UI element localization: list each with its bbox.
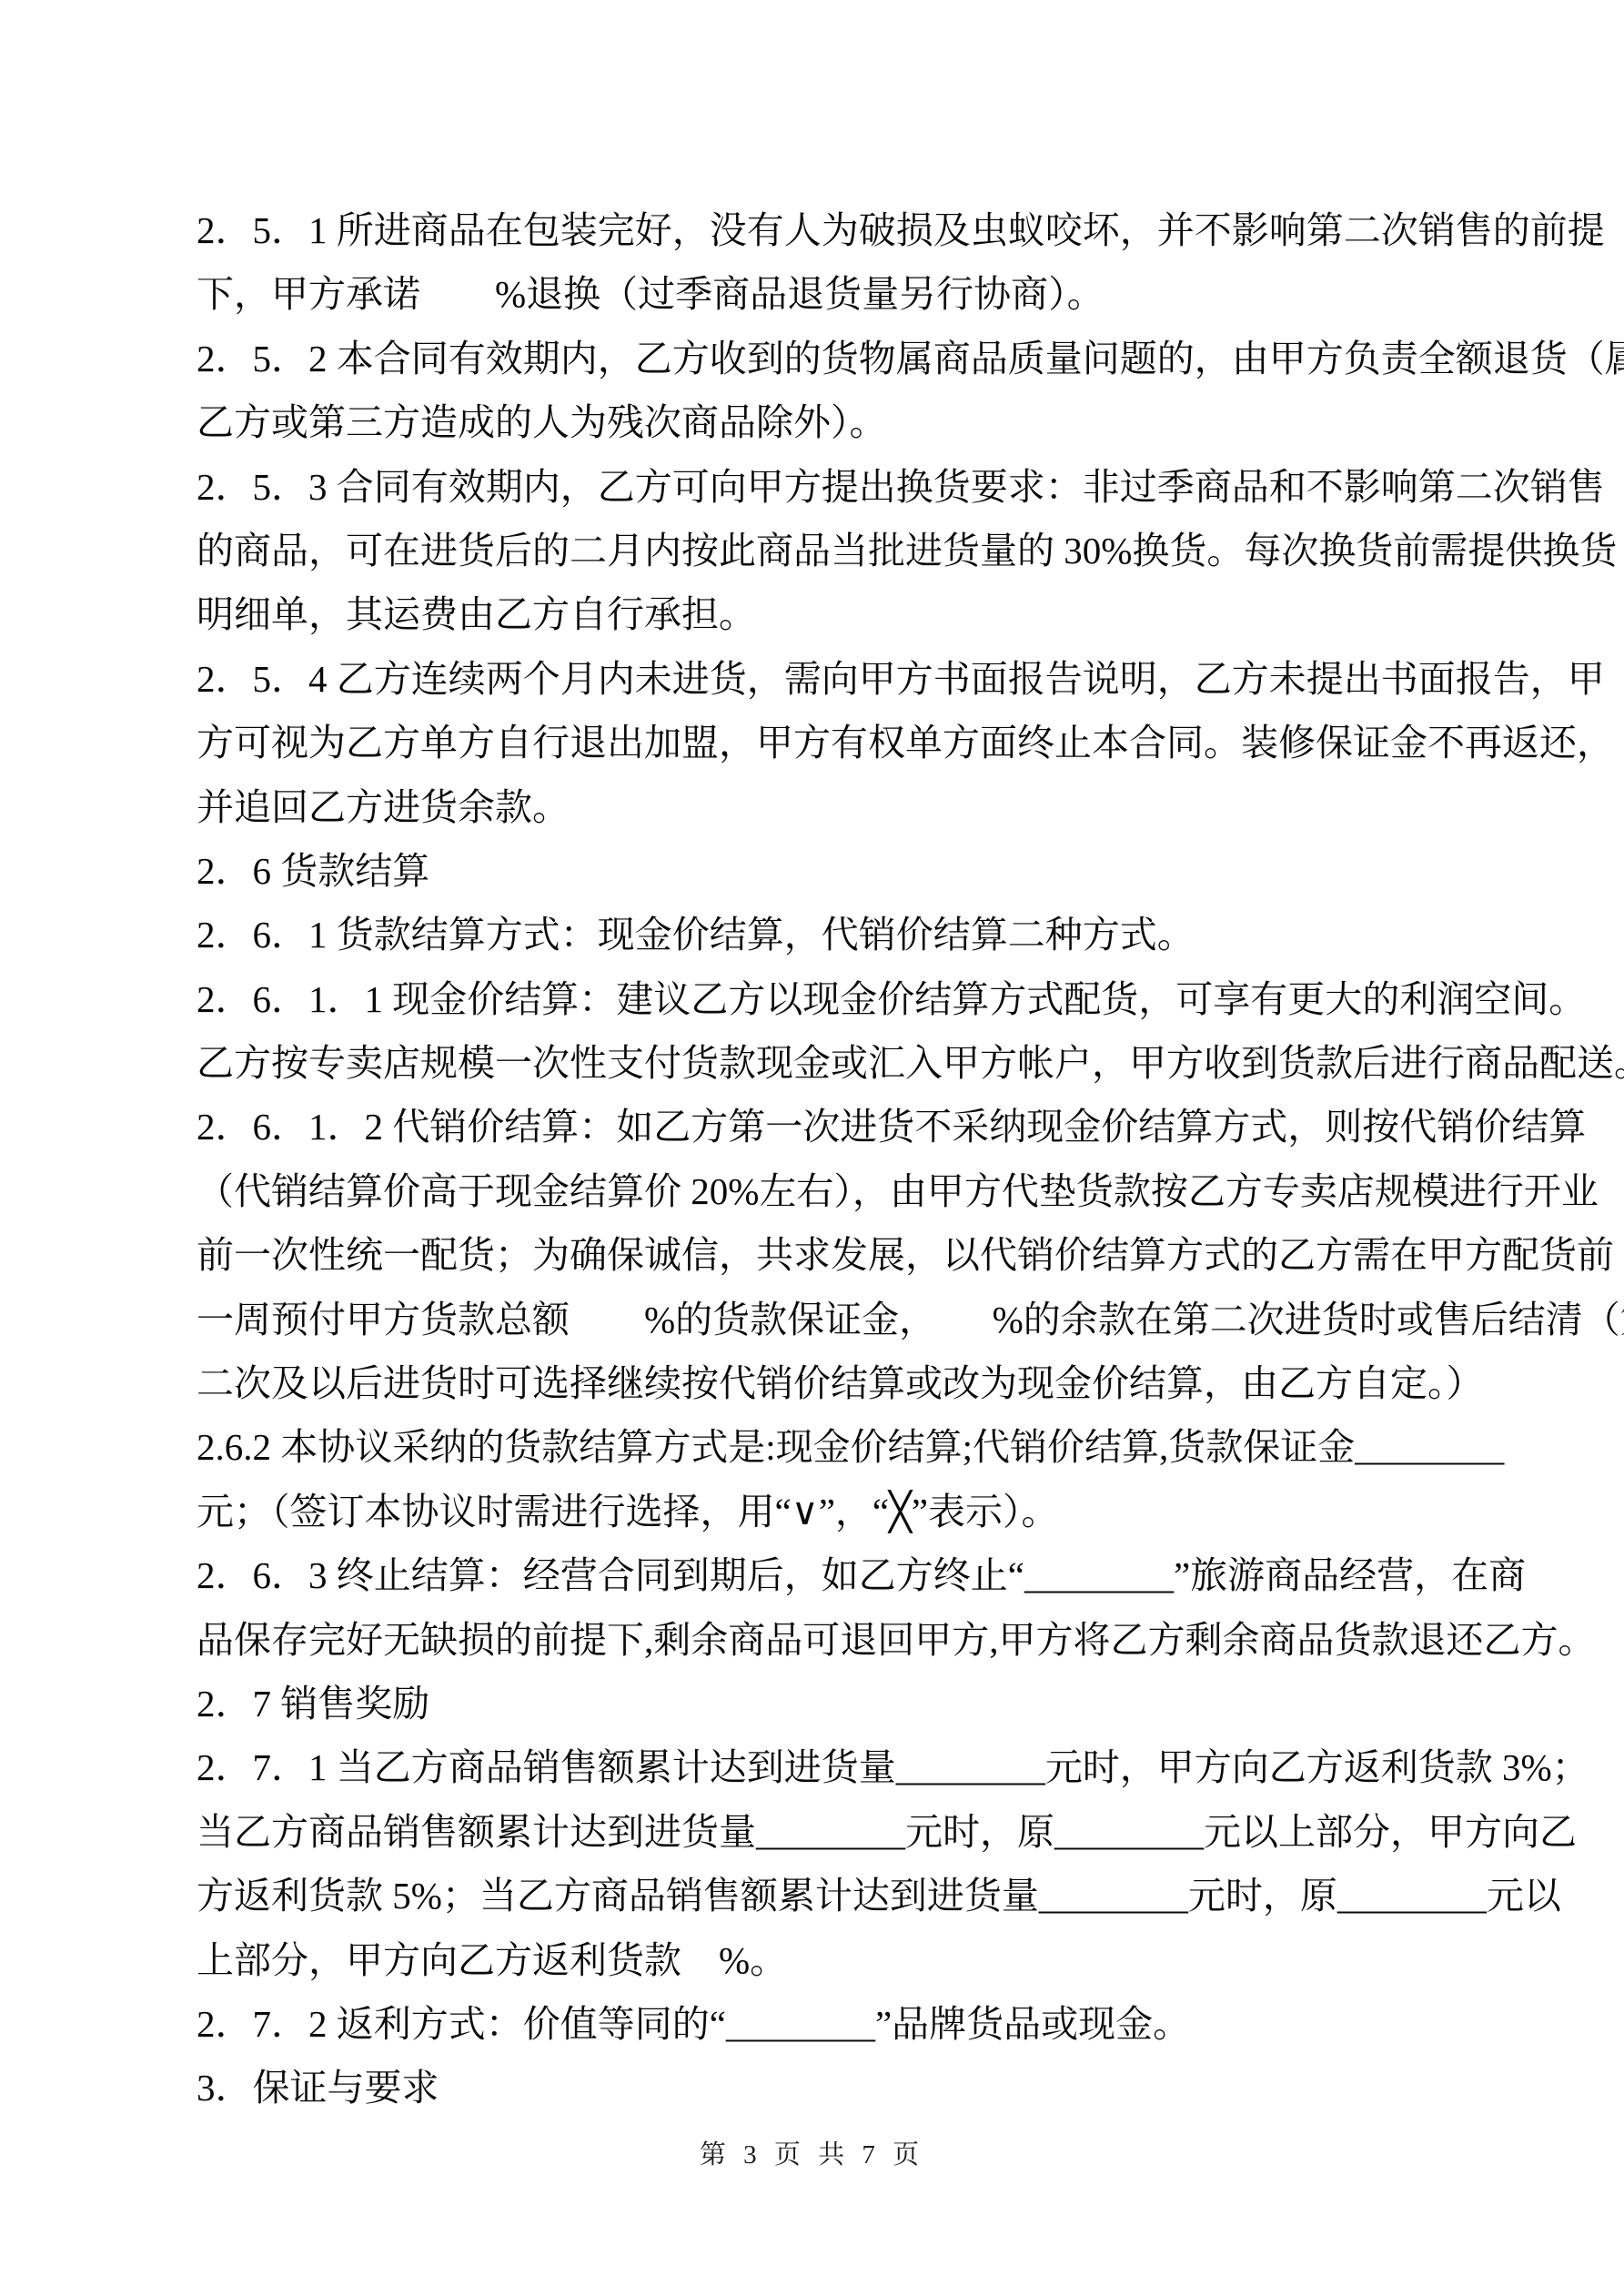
document-line: 2．6 货款结算 [197,839,1438,903]
document-line: 乙方按专卖店规模一次性支付货款现金或汇入甲方帐户，甲方收到货款后进行商品配送。 [197,1031,1438,1095]
document-line: 一周预付甲方货款总额 %的货款保证金， %的余款在第二次进货时或售后结清（第 [197,1288,1438,1351]
document-line: 2.6.2 本协议采纳的货款结算方式是:现金价结算;代销价结算,货款保证金___… [197,1415,1438,1479]
document-line: 2．7．1 当乙方商品销售额累计达到进货量________元时，甲方向乙方返利货… [197,1735,1438,1799]
document-line: 明细单，其运费由乙方自行承担。 [197,582,1438,646]
contract-page: 2．5．1 所进商品在包装完好，没有人为破损及虫蚁咬坏，并不影响第二次销售的前提… [0,0,1624,2296]
document-line: 乙方或第三方造成的人为残次商品除外）。 [197,390,1438,454]
document-line: 方可视为乙方单方自行退出加盟，甲方有权单方面终止本合同。装修保证金不再返还， [197,711,1438,774]
document-line: 方返利货款 5%；当乙方商品销售额累计达到进货量________元时，原____… [197,1864,1438,1927]
document-line: 2．5．3 合同有效期内，乙方可向甲方提出换货要求：非过季商品和不影响第二次销售 [197,455,1438,519]
document-line: 并追回乙方进货余款。 [197,775,1438,839]
document-line: 2．5．1 所进商品在包装完好，没有人为破损及虫蚁咬坏，并不影响第二次销售的前提 [197,198,1438,262]
document-line: 下，甲方承诺 %退换（过季商品退货量另行协商）。 [197,262,1438,326]
document-line: 2．6．3 终止结算：经营合同到期后，如乙方终止“________”旅游商品经营… [197,1543,1438,1607]
document-line: 的商品，可在进货后的二月内按此商品当批进货量的 30%换货。每次换货前需提供换货 [197,519,1438,582]
document-line: 当乙方商品销售额累计达到进货量________元时，原________元以上部分… [197,1800,1438,1864]
document-line: 元；（签订本协议时需进行选择，用“∨”，“╳”表示）。 [197,1480,1438,1543]
document-line: 3．保证与要求 [197,2056,1438,2119]
document-line: 2．6．1 货款结算方式：现金价结算，代销价结算二种方式。 [197,903,1438,966]
page-footer: 第 3 页 共 7 页 [0,2134,1624,2171]
document-line: 品保存完好无缺损的前提下,剩余商品可退回甲方,甲方将乙方剩余商品货款退还乙方。 [197,1608,1438,1672]
document-line: 2．7 销售奖励 [197,1672,1438,1735]
document-lines: 2．5．1 所进商品在包装完好，没有人为破损及虫蚁咬坏，并不影响第二次销售的前提… [197,198,1438,2120]
page-number-text: 第 3 页 共 7 页 [700,2140,924,2170]
document-line: 2．5．2 本合同有效期内，乙方收到的货物属商品质量问题的，由甲方负责全额退货（… [197,327,1438,390]
document-line: 2．7．2 返利方式：价值等同的“________”品牌货品或现金。 [197,1992,1438,2056]
document-line: 上部分，甲方向乙方返利货款 %。 [197,1928,1438,1992]
document-line: 2．5．4 乙方连续两个月内未进货，需向甲方书面报告说明，乙方未提出书面报告，甲 [197,647,1438,711]
document-line: （代销结算价高于现金结算价 20%左右），由甲方代垫货款按乙方专卖店规模进行开业 [197,1159,1438,1223]
document-line: 前一次性统一配货；为确保诚信，共求发展，以代销价结算方式的乙方需在甲方配货前 [197,1223,1438,1287]
document-line: 2．6．1．1 现金价结算：建议乙方以现金价结算方式配货，可享有更大的利润空间。 [197,967,1438,1031]
document-line: 二次及以后进货时可选择继续按代销价结算或改为现金价结算，由乙方自定。） [197,1351,1438,1415]
document-line: 2．6．1．2 代销价结算：如乙方第一次进货不采纳现金价结算方式，则按代销价结算 [197,1095,1438,1158]
